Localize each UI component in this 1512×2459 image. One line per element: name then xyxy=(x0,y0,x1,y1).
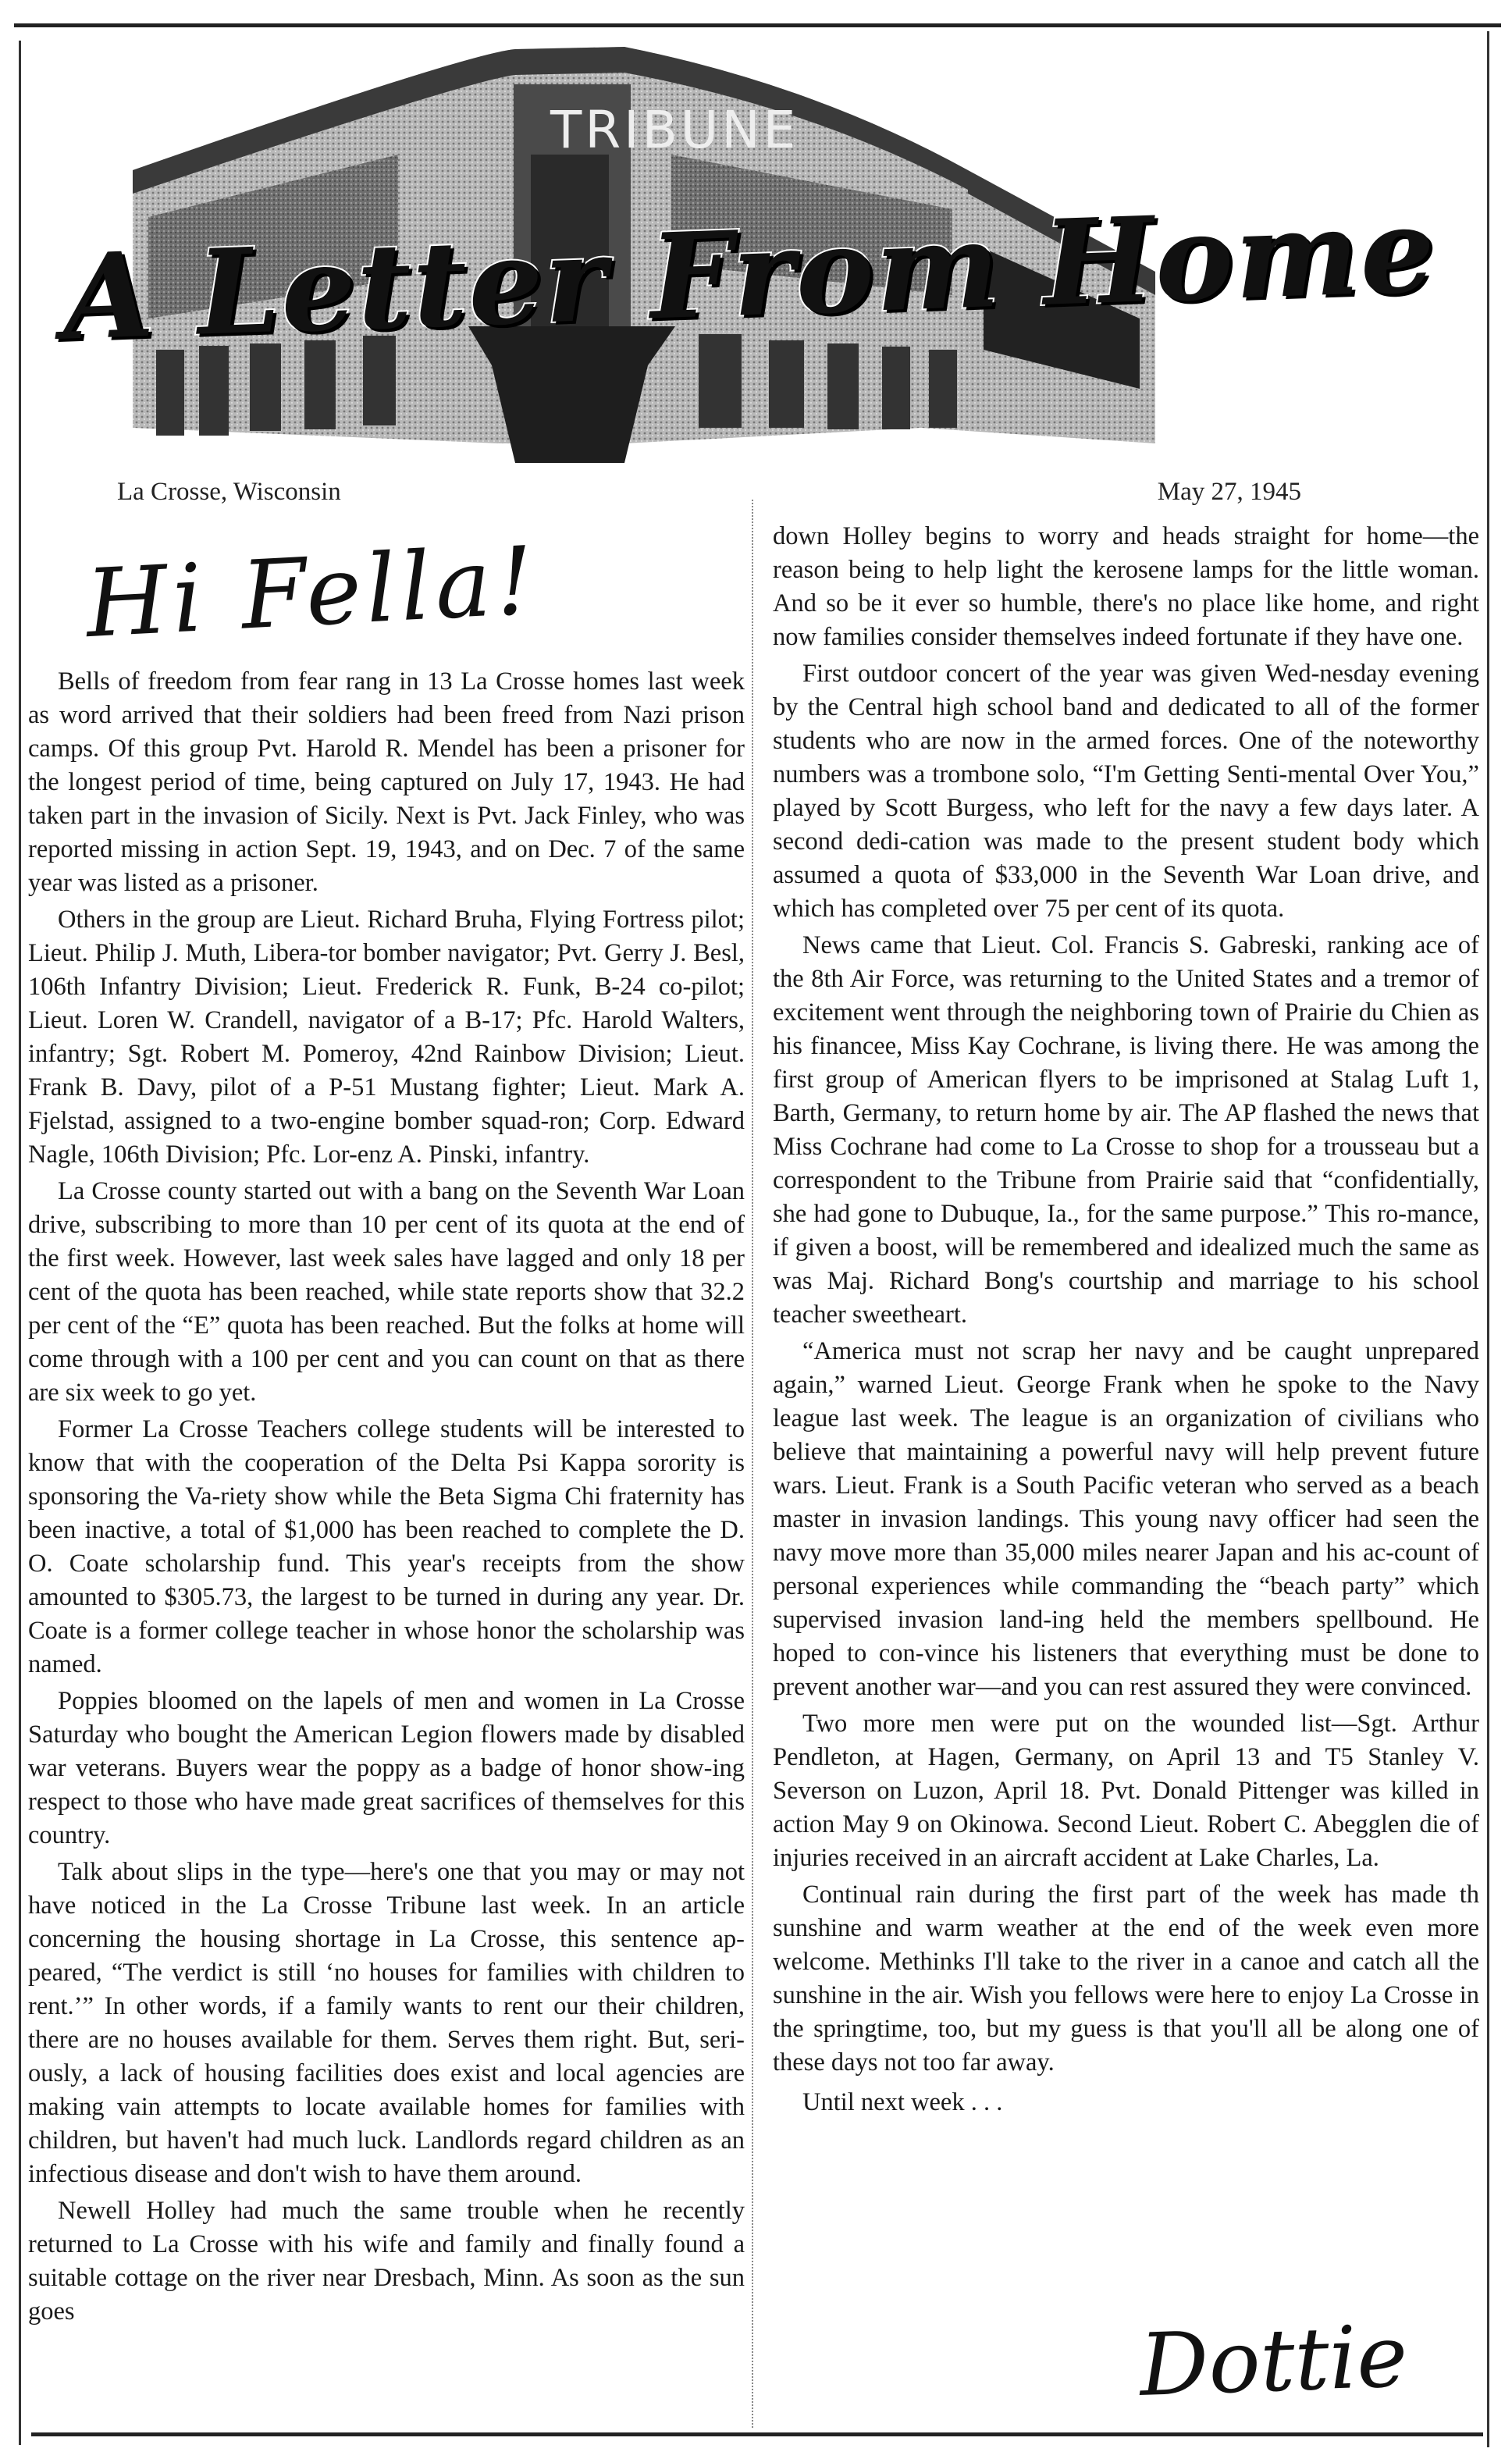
paragraph: News came that Lieut. Col. Francis S. Ga… xyxy=(773,929,1479,1332)
right-column: down Holley begins to worry and heads st… xyxy=(773,520,1479,2119)
signature: Dottie xyxy=(1138,2306,1409,2415)
tribune-sign: TRIBUNE xyxy=(550,100,784,160)
bottom-rule xyxy=(31,2432,1483,2436)
closing-line: Until next week . . . xyxy=(773,2086,1479,2119)
paragraph-continued: down Holley begins to worry and heads st… xyxy=(773,520,1479,654)
paragraph: First outdoor concert of the year was gi… xyxy=(773,657,1479,926)
paragraph: Continual rain during the first part of … xyxy=(773,1878,1479,2080)
right-border xyxy=(1487,31,1489,2447)
paragraph: Newell Holley had much the same trouble … xyxy=(28,2194,745,2329)
paragraph: Others in the group are Lieut. Richard B… xyxy=(28,903,745,1172)
paragraph: Talk about slips in the type—here's one … xyxy=(28,1856,745,2191)
paragraph: “America must not scrap her navy and be … xyxy=(773,1335,1479,1704)
left-border xyxy=(19,41,21,2445)
paragraph: Bells of freedom from fear rang in 13 La… xyxy=(28,665,745,900)
masthead-illustration: TRIBUNE A Letter From Home xyxy=(31,37,1468,475)
paragraph: La Crosse county started out with a bang… xyxy=(28,1175,745,1410)
top-rule xyxy=(14,23,1501,27)
dateline-place: La Crosse, Wisconsin xyxy=(117,478,341,507)
paragraph: Poppies bloomed on the lapels of men and… xyxy=(28,1685,745,1852)
left-column: Bells of freedom from fear rang in 13 La… xyxy=(28,665,745,2329)
column-divider xyxy=(752,500,753,2428)
dateline-date: May 27, 1945 xyxy=(1158,478,1301,507)
paragraph: Former La Crosse Teachers college studen… xyxy=(28,1413,745,1681)
paragraph: Two more men were put on the wounded lis… xyxy=(773,1707,1479,1875)
greeting: Hi Fella! xyxy=(84,527,541,659)
